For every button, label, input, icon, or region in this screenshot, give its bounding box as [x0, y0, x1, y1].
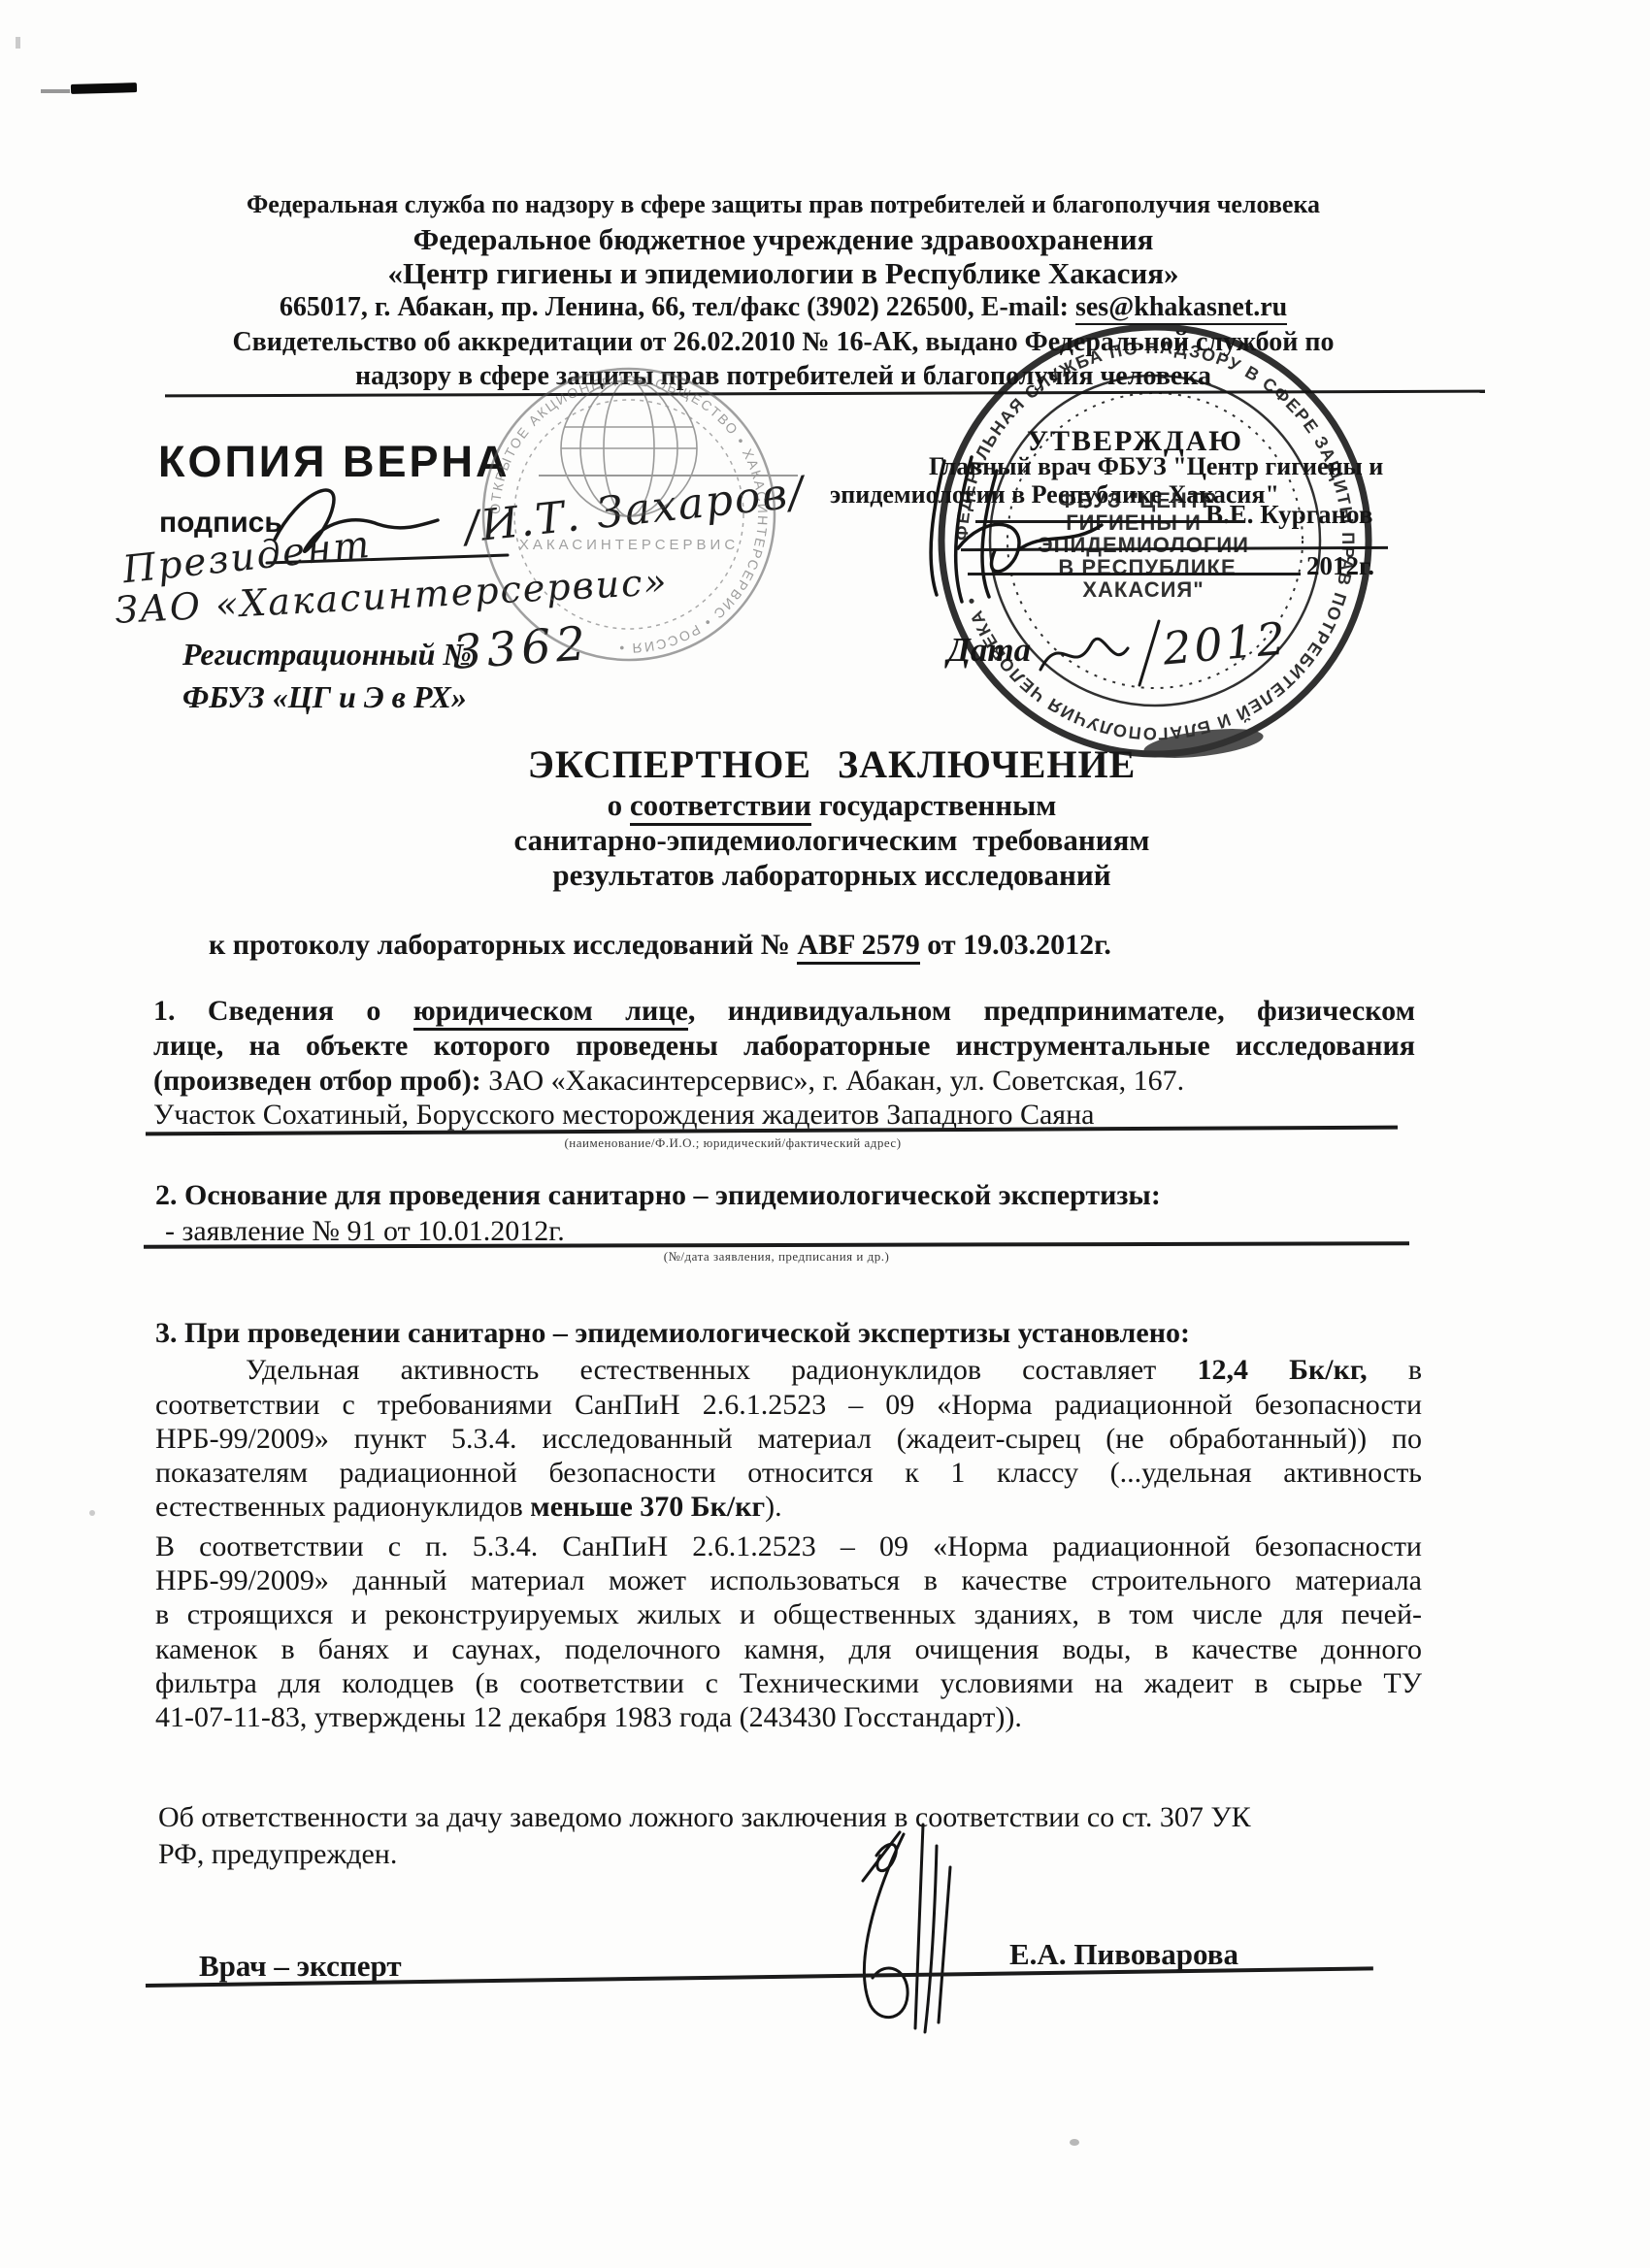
section1-line1: 1. Сведения о юридическом лице, индивиду…: [153, 995, 1415, 1028]
scan-artifact-speck: [16, 37, 20, 49]
s3-p1-l5-pre: естественных радионуклидов: [155, 1491, 530, 1523]
right-stamp-inner-line3: ЭПИДЕМИОЛОГИИ: [1038, 533, 1249, 557]
protocol-line: к протоколу лабораторных исследований № …: [209, 929, 1111, 962]
s1-l3-rest: ЗАО «Хакасинтерсервис», г. Абакан, ул. С…: [481, 1065, 1184, 1097]
left-stamp-ring-text: ОТКРЫТОЕ АКЦИОНЕРНОЕ ОБЩЕСТВО • ХАКАСИНТ…: [487, 373, 771, 656]
scan-artifact-dash: [71, 82, 137, 94]
title-line3: санитарно-эпидемиологическим требованиям: [0, 823, 1650, 858]
s3-p1-l5-bold: меньше 370 Бк/кг: [530, 1491, 765, 1523]
registration-label: Регистрационный №: [182, 637, 472, 673]
section2-heading: 2. Основание для проведения санитарно – …: [155, 1179, 1161, 1212]
expert-name: Е.А. Пивоварова: [1009, 1937, 1238, 1972]
protocol-post: от 19.03.2012г.: [920, 929, 1111, 961]
section3-p2-line1: В соответствии с п. 5.3.4. СанПиН 2.6.1.…: [155, 1530, 1422, 1563]
s3-p1-l1-bold: 12,4 Бк/кг,: [1197, 1354, 1367, 1386]
s3-p1-l1-pre: Удельная активность естественных радиону…: [246, 1354, 1197, 1386]
section3-p2-line5: фильтра для колодцев (в соответствии с Т…: [155, 1667, 1422, 1700]
section1-caption: (наименование/Ф.И.О.; юридический/фактич…: [388, 1135, 1077, 1151]
s1-l1-pre: 1. Сведения о: [153, 995, 413, 1027]
section1-line3: (произведен отбор проб): ЗАО «Хакасинтер…: [153, 1065, 1435, 1098]
section3-heading: 3. При проведении санитарно – эпидемиоло…: [155, 1317, 1190, 1350]
title-line2-pre: о: [608, 788, 630, 822]
section3-p2-line6: 41-07-11-83, утверждены 12 декабря 1983 …: [155, 1701, 1022, 1734]
section3-p1-line5: естественных радионуклидов меньше 370 Бк…: [155, 1491, 782, 1524]
left-stamp-inner-text: ХАКАСИНТЕРСЕРВИС: [519, 537, 739, 553]
section3-p2-line4: каменок в банях и саунах, поделочного ка…: [155, 1633, 1422, 1666]
right-stamp-inner-line2: ГИГИЕНЫ И: [1066, 510, 1202, 535]
scanned-document-page: Федеральная служба по надзору в сфере за…: [0, 0, 1650, 2268]
scan-speck-left: [89, 1510, 95, 1516]
footer-line2: РФ, предупрежден.: [158, 1838, 397, 1871]
s3-p1-l5-post: ).: [765, 1491, 782, 1523]
right-stamp-inner-line4: В РЕСПУБЛИКЕ: [1058, 555, 1236, 579]
round-stamp-right: ФЕДЕРАЛЬНАЯ СЛУЖБА ПО НАДЗОРУ В СФЕРЕ ЗА…: [922, 309, 1388, 774]
protocol-number: ABF 2579: [797, 929, 919, 965]
expert-signature: [820, 1817, 1005, 2035]
header-org-line3: «Центр гигиены и эпидемиологии в Республ…: [0, 256, 1567, 291]
section1-line2: лице, на объекте которого проведены лабо…: [153, 1030, 1415, 1063]
expert-role: Врач – эксперт: [199, 1949, 402, 1984]
section3-p1-line1: Удельная активность естественных радиону…: [246, 1354, 1422, 1387]
s3-p1-l1-post: в: [1368, 1354, 1422, 1386]
title-line2-underlined: соответствии: [630, 788, 811, 826]
scan-speck-bottom: [1070, 2139, 1079, 2146]
section3-p1-line2: соответствии с требованиями СанПиН 2.6.1…: [155, 1389, 1422, 1422]
header-org-line1: Федеральная служба по надзору в сфере за…: [0, 190, 1567, 219]
s1-l1-underlined: юридическом лице: [413, 995, 688, 1031]
section3-p2-line3: в строящихся и реконструируемых жилых и …: [155, 1598, 1422, 1631]
right-stamp-inner-line5: ХАКАСИЯ": [1082, 577, 1204, 602]
s1-l1-post: , индивидуальном предпринимателе, физиче…: [688, 995, 1415, 1027]
protocol-pre: к протоколу лабораторных исследований №: [209, 929, 797, 961]
title-line2: о соответствии государственным: [0, 788, 1650, 823]
right-stamp-inner-line1: ФБУЗ "ЦЕНТР: [1058, 488, 1217, 512]
title-line2-post: государственным: [811, 788, 1056, 822]
section2-caption: (№/дата заявления, предписания и др.): [524, 1249, 1029, 1265]
section1-line4: Участок Сохатиный, Борусского месторожде…: [153, 1099, 1094, 1132]
scan-artifact-dash-tail: [41, 89, 70, 93]
section3-p1-line4: показателям радиационной безопасности от…: [155, 1457, 1422, 1490]
section3-p2-line2: НРБ-99/2009» данный материал может испол…: [155, 1564, 1422, 1597]
footer-line1: Об ответственности за дачу заведомо ложн…: [158, 1801, 1251, 1834]
round-stamp-left: ОТКРЫТОЕ АКЦИОНЕРНОЕ ОБЩЕСТВО • ХАКАСИНТ…: [456, 340, 806, 689]
section3-p1-line3: НРБ-99/2009» пункт 5.3.4. исследованный …: [155, 1423, 1422, 1456]
doc-title: ЭКСПЕРТНОЕ ЗАКЛЮЧЕНИЕ: [0, 741, 1650, 787]
header-org-line2: Федеральное бюджетное учреждение здравоо…: [0, 222, 1567, 257]
s1-l3-bold: (произведен отбор проб):: [153, 1065, 481, 1097]
title-line4: результатов лабораторных исследований: [0, 858, 1650, 893]
svg-text:ОТКРЫТОЕ АКЦИОНЕРНОЕ ОБЩЕСТВО: ОТКРЫТОЕ АКЦИОНЕРНОЕ ОБЩЕСТВО • ХАКАСИНТ…: [487, 373, 771, 656]
registration-org: ФБУЗ «ЦГ и Э в РХ»: [182, 679, 467, 715]
